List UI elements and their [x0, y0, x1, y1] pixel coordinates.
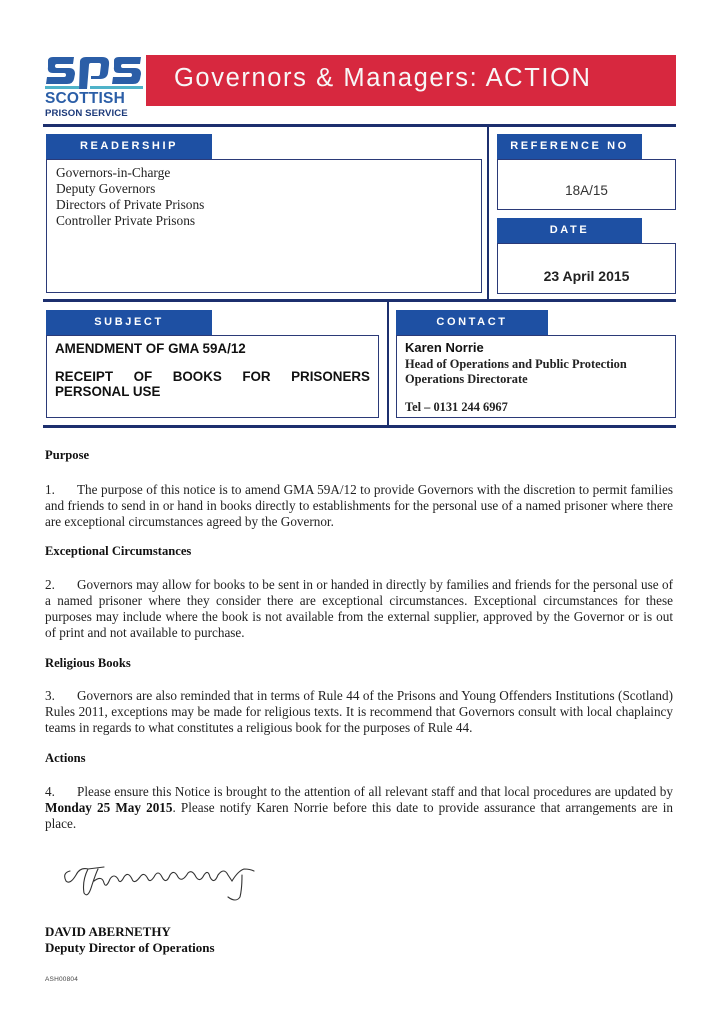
date-box: 23 April 2015 — [497, 243, 676, 294]
reference-value: 18A/15 — [498, 183, 675, 198]
readership-item: Directors of Private Prisons — [56, 197, 204, 213]
column-divider — [487, 125, 489, 301]
paragraph-number: 4. — [45, 784, 77, 800]
section-heading: Purpose — [45, 448, 89, 463]
section-heading: Religious Books — [45, 656, 131, 671]
readership-item: Deputy Governors — [56, 181, 204, 197]
title-banner: Governors & Managers: ACTION — [146, 55, 676, 106]
divider-line — [43, 124, 676, 127]
divider-line — [43, 425, 676, 428]
sps-logo: SCOTTISH PRISON SERVICE — [44, 55, 144, 121]
signatory-title: Deputy Director of Operations — [45, 940, 215, 956]
paragraph-text: The purpose of this notice is to amend G… — [45, 482, 673, 529]
logo-prison-service-text: PRISON SERVICE — [45, 108, 128, 119]
signatory-name: DAVID ABERNETHY — [45, 924, 171, 940]
paragraph-text: Please ensure this Notice is brought to … — [77, 784, 673, 799]
banner-title: Governors & Managers: ACTION — [174, 63, 592, 93]
contact-label: CONTACT — [396, 310, 548, 335]
subject-label: SUBJECT — [46, 310, 212, 335]
subject-box: AMENDMENT OF GMA 59A/12 RECEIPT OF BOOKS… — [46, 335, 379, 418]
date-label: DATE — [497, 218, 642, 243]
readership-box: Governors-in-Charge Deputy Governors Dir… — [46, 159, 482, 293]
paragraph-text: Governors may allow for books to be sent… — [45, 577, 673, 640]
readership-item: Controller Private Prisons — [56, 213, 204, 229]
contact-telephone: Tel – 0131 244 6967 — [405, 400, 508, 415]
readership-list: Governors-in-Charge Deputy Governors Dir… — [56, 165, 204, 229]
section-paragraph: 3.Governors are also reminded that in te… — [45, 688, 673, 736]
readership-label: READERSHIP — [46, 134, 212, 159]
column-divider — [387, 300, 389, 427]
date-value: 23 April 2015 — [498, 268, 675, 284]
sps-logo-icon — [44, 55, 144, 93]
reference-box: 18A/15 — [497, 159, 676, 210]
subject-amendment: AMENDMENT OF GMA 59A/12 — [55, 341, 246, 356]
section-paragraph: 4.Please ensure this Notice is brought t… — [45, 784, 673, 832]
paragraph-number: 2. — [45, 577, 77, 593]
section-heading: Exceptional Circumstances — [45, 544, 191, 559]
reference-label: REFERENCE NO — [497, 134, 642, 159]
paragraph-number: 3. — [45, 688, 77, 704]
contact-role: Head of Operations and Public Protection… — [405, 357, 627, 387]
section-paragraph: 1.The purpose of this notice is to amend… — [45, 482, 673, 530]
document-code: ASH00804 — [45, 976, 78, 983]
paragraph-text: Governors are also reminded that in term… — [45, 688, 673, 735]
section-heading: Actions — [45, 751, 86, 766]
logo-scottish-text: SCOTTISH — [45, 91, 125, 107]
subject-title-line2: PERSONAL USE — [55, 384, 160, 399]
contact-department: Operations Directorate — [405, 372, 627, 387]
readership-item: Governors-in-Charge — [56, 165, 204, 181]
signature-icon — [58, 855, 268, 903]
divider-line — [43, 299, 676, 302]
paragraph-number: 1. — [45, 482, 77, 498]
contact-job-title: Head of Operations and Public Protection — [405, 357, 627, 372]
section-paragraph: 2.Governors may allow for books to be se… — [45, 577, 673, 641]
deadline-date: Monday 25 May 2015 — [45, 800, 172, 815]
subject-title-line1: RECEIPT OF BOOKS FOR PRISONERS — [55, 369, 370, 384]
contact-name: Karen Norrie — [405, 340, 484, 355]
contact-box: Karen Norrie Head of Operations and Publ… — [396, 335, 676, 418]
